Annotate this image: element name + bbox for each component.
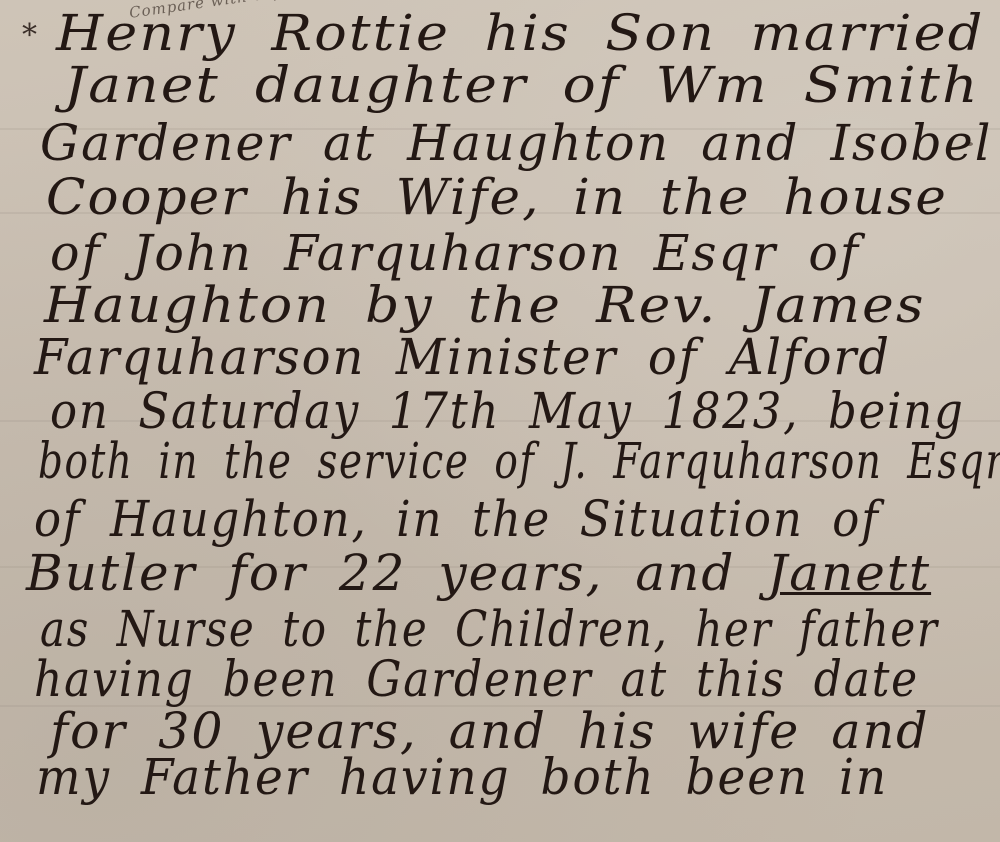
manuscript-line-11: Butler for 22 years, and Janett xyxy=(26,548,931,598)
manuscript-line-15: my Father having both been in xyxy=(36,752,888,802)
manuscript-line-13: having been Gardener at this date xyxy=(34,654,919,704)
manuscript-line-2: Janet daughter of Wm Smith xyxy=(64,60,980,110)
manuscript-line-7: Farquharson Minister of Alford xyxy=(34,332,891,382)
manuscript-line-5: of John Farquharson Esqr of xyxy=(50,228,860,278)
manuscript-page: Compare with copy of * Henry Rottie his … xyxy=(0,0,1000,842)
manuscript-line-9: both in the service of J. Farquharson Es… xyxy=(38,436,1000,486)
manuscript-line-12: as Nurse to the Children, her father xyxy=(40,604,939,654)
manuscript-line-3: Gardener at Haughton and Isobel xyxy=(40,118,992,168)
manuscript-line-10: of Haughton, in the Situation of xyxy=(34,494,880,544)
manuscript-line-8: on Saturday 17th May 1823, being xyxy=(50,386,965,436)
asterisk-mark: * xyxy=(22,18,37,53)
manuscript-line-1: Henry Rottie his Son married xyxy=(56,8,984,58)
underlined-word: Janett xyxy=(767,544,931,602)
manuscript-line-4: Cooper his Wife, in the house xyxy=(46,172,948,222)
manuscript-line-6: Haughton by the Rev. James xyxy=(44,280,926,330)
